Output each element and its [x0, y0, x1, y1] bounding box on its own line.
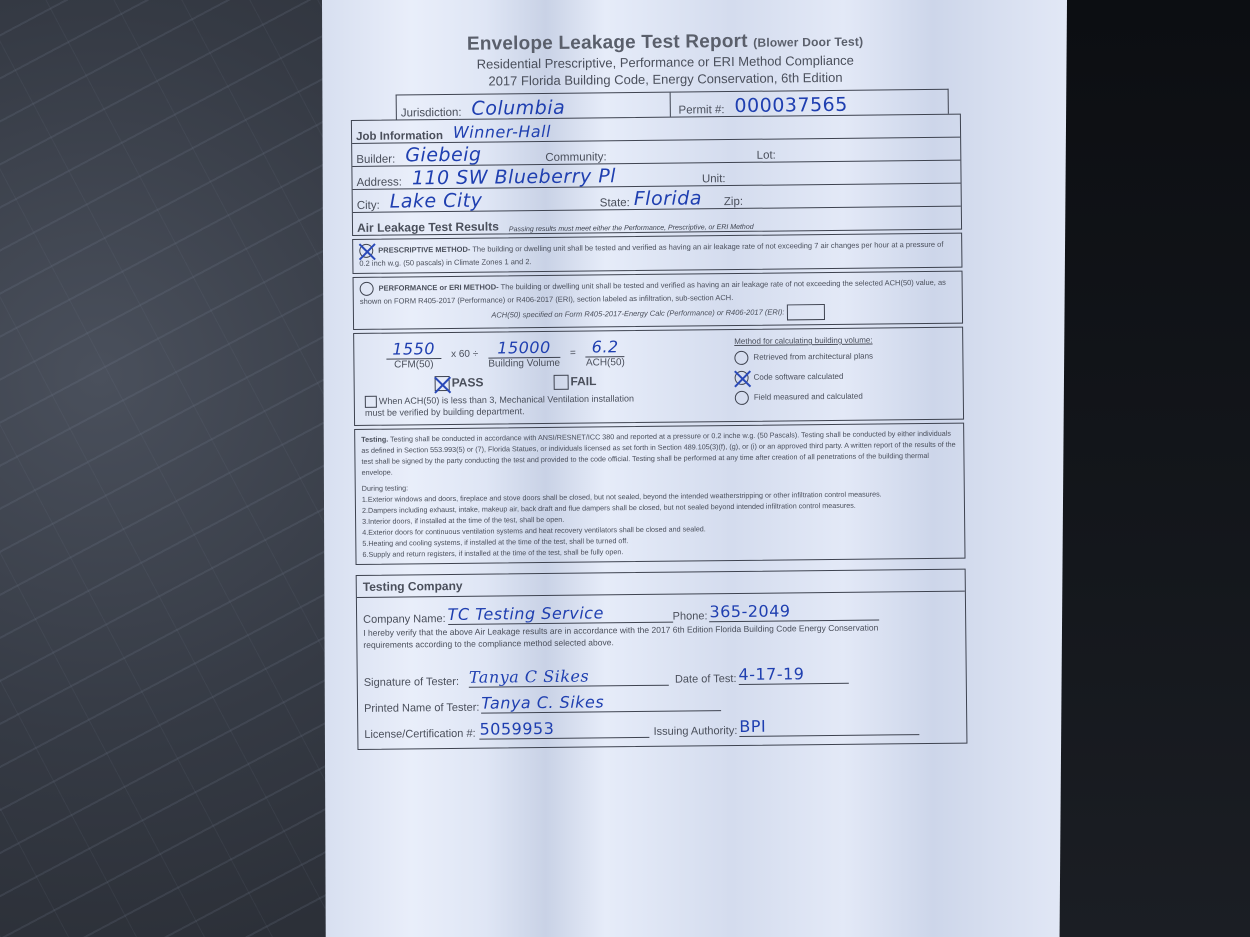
- prescriptive-checkbox[interactable]: [359, 244, 373, 258]
- volume-group: 15000 Building Volume: [488, 338, 560, 370]
- zip-label: Zip:: [724, 196, 743, 208]
- volume-label: Building Volume: [488, 358, 560, 370]
- job-info-label: Job Information: [356, 130, 443, 143]
- company-name-field[interactable]: TC Testing Service: [448, 603, 673, 625]
- performance-heading: PERFORMANCE or ERI METHOD-: [379, 282, 499, 292]
- permit-label: Permit #:: [678, 104, 724, 116]
- volume-field[interactable]: 15000: [488, 338, 560, 359]
- pass-option[interactable]: PASS: [435, 376, 484, 392]
- testing-company-label: Testing Company: [357, 574, 965, 598]
- cfm50-field[interactable]: 1550: [386, 339, 441, 360]
- cfm50-label: CFM(50): [386, 359, 441, 371]
- signature-field[interactable]: Tanya C Sikes: [469, 666, 669, 688]
- printed-name-label: Printed Name of Tester:: [364, 702, 479, 715]
- license-label: License/Certification #:: [364, 728, 475, 741]
- jurisdiction-field[interactable]: Columbia: [471, 98, 661, 119]
- lot-label: Lot:: [757, 150, 776, 162]
- prescriptive-method-box: PRESCRIPTIVE METHOD- The building or dwe…: [352, 233, 962, 274]
- testing-heading: Testing.: [361, 435, 388, 444]
- address-label: Address:: [356, 176, 402, 188]
- mech-vent-checkbox[interactable]: [365, 396, 377, 408]
- testing-intro: Testing shall be conducted in accordance…: [361, 429, 955, 477]
- city-field[interactable]: Lake City: [390, 190, 600, 211]
- plans-label: Retrieved from architectural plans: [753, 352, 873, 362]
- ach50-group: 6.2 ACH(50): [586, 337, 625, 368]
- plans-radio[interactable]: [734, 351, 748, 365]
- results-section-note: Passing results must meet either the Per…: [509, 224, 754, 234]
- state-label: State:: [600, 197, 630, 209]
- state-field[interactable]: Florida: [634, 189, 724, 209]
- date-label: Date of Test:: [675, 673, 737, 686]
- testing-requirements-box: Testing. Testing shall be conducted in a…: [354, 423, 965, 565]
- performance-method-box: PERFORMANCE or ERI METHOD- The building …: [353, 271, 964, 330]
- verification-statement: I hereby verify that the above Air Leaka…: [363, 621, 923, 651]
- volume-method-option-plans[interactable]: Retrieved from architectural plans: [734, 347, 873, 368]
- fail-option[interactable]: FAIL: [553, 374, 596, 389]
- volume-method-option-software[interactable]: Code software calculated: [735, 367, 874, 388]
- ach50-label: ACH(50): [586, 357, 625, 368]
- software-radio[interactable]: [735, 371, 749, 385]
- address-field[interactable]: 110 SW Blueberry Pl: [412, 166, 702, 188]
- ach-specified-label: ACH(50) specified on Form R405-2017-Ener…: [491, 307, 784, 319]
- date-field[interactable]: 4-17-19: [738, 664, 848, 685]
- authority-field[interactable]: BPI: [739, 715, 919, 737]
- prescriptive-heading: PRESCRIPTIVE METHOD-: [378, 245, 470, 255]
- testing-company-box: Testing Company Company Name: TC Testing…: [356, 569, 968, 750]
- equals-sign: =: [570, 348, 576, 369]
- field-label: Field measured and calculated: [754, 392, 863, 402]
- fail-checkbox[interactable]: [553, 375, 568, 390]
- permit-field[interactable]: 000037565: [734, 96, 847, 116]
- builder-label: Builder:: [356, 154, 395, 166]
- cfm50-group: 1550 CFM(50): [386, 339, 441, 371]
- ach-specified-field[interactable]: [786, 304, 824, 320]
- volume-method-option-field[interactable]: Field measured and calculated: [735, 387, 874, 408]
- pass-label: PASS: [452, 375, 484, 389]
- mech-vent-text: When ACH(50) is less than 3, Mechanical …: [365, 393, 634, 417]
- printed-name-field[interactable]: Tanya C. Sikes: [481, 691, 721, 714]
- fabric-background: [0, 0, 330, 937]
- title-suffix: (Blower Door Test): [753, 35, 863, 50]
- volume-method-group: Method for calculating building volume: …: [734, 335, 873, 415]
- calculation-box: 1550 CFM(50) x 60 ÷ 15000 Building Volum…: [353, 327, 964, 426]
- multiplier-text: x 60 ÷: [451, 349, 478, 370]
- builder-field[interactable]: Giebeig: [405, 145, 545, 165]
- dark-background: [1060, 0, 1250, 937]
- performance-checkbox[interactable]: [360, 282, 374, 296]
- results-section-label: Air Leakage Test Results: [357, 219, 499, 234]
- title-text: Envelope Leakage Test Report: [467, 31, 748, 55]
- license-field[interactable]: 5059953: [479, 718, 649, 740]
- authority-label: Issuing Authority:: [654, 725, 738, 738]
- company-name-label: Company Name:: [363, 613, 446, 626]
- community-label: Community:: [545, 151, 606, 164]
- jurisdiction-label: Jurisdiction:: [401, 107, 462, 120]
- phone-label: Phone:: [673, 610, 708, 622]
- software-label: Code software calculated: [754, 372, 844, 382]
- unit-label: Unit:: [702, 173, 726, 185]
- job-info-box: Job Information Winner-Hall Builder: Gie…: [351, 114, 962, 236]
- job-name-field[interactable]: Winner-Hall: [453, 122, 551, 142]
- signature-label: Signature of Tester:: [364, 676, 459, 689]
- field-radio[interactable]: [735, 391, 749, 405]
- fail-label: FAIL: [570, 374, 596, 388]
- report-form: Envelope Leakage Test Report (Blower Doo…: [350, 29, 967, 750]
- phone-field[interactable]: 365-2049: [709, 600, 879, 622]
- pass-checkbox[interactable]: [435, 376, 450, 391]
- city-label: City:: [357, 200, 380, 212]
- ach50-field[interactable]: 6.2: [586, 337, 625, 357]
